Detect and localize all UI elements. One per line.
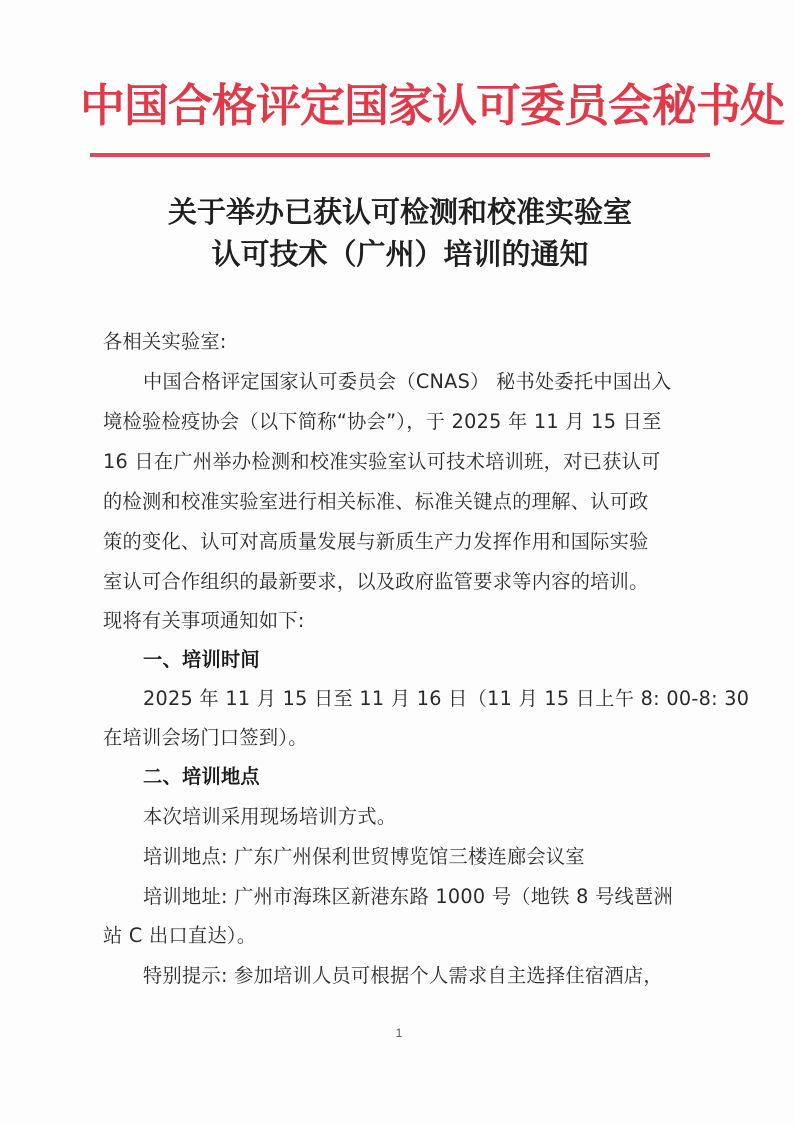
intro-line: 中国合格评定国家认可委员会（CNAS） 秘书处委托中国出入 <box>143 369 743 395</box>
document-page: 中国合格评定国家认可委员会秘书处 关于举办已获认可检测和校准实验室 认可技术（广… <box>0 0 795 1123</box>
intro-line: 策的变化、认可对高质量发展与新质生产力发挥作用和国际实验 <box>103 529 703 555</box>
section-line: 培训地址: 广州市海珠区新港东路 1000 号（地铁 8 号线琶洲 <box>143 884 743 910</box>
section-line: 2025 年 11 月 15 日至 11 月 16 日（11 月 15 日上午 … <box>143 686 743 712</box>
section-line: 特别提示: 参加培训人员可根据个人需求自主选择住宿酒店， <box>143 963 743 989</box>
section-line: 站 C 出口直达）。 <box>103 923 703 949</box>
section-heading-location: 二、培训地点 <box>143 764 743 790</box>
intro-line: 境检验检疫协会（以下简称“协会”），于 2025 年 11 月 15 日至 <box>103 409 703 435</box>
section-heading-time: 一、培训时间 <box>143 647 743 673</box>
salutation: 各相关实验室: <box>103 329 703 355</box>
intro-line: 现将有关事项通知如下: <box>103 608 703 634</box>
section-line: 培训地点: 广东广州保利世贸博览馆三楼连廊会议室 <box>143 844 743 870</box>
intro-line: 室认可合作组织的最新要求，以及政府监管要求等内容的培训。 <box>103 569 703 595</box>
document-title-line-1: 关于举办已获认可检测和校准实验室 <box>80 192 720 232</box>
intro-line: 的检测和校准实验室进行相关标准、标准关键点的理解、认可政 <box>103 489 703 515</box>
document-title-line-2: 认可技术（广州）培训的通知 <box>80 234 720 274</box>
section-line: 本次培训采用现场培训方式。 <box>143 804 743 830</box>
issuer-masthead: 中国合格评定国家认可委员会秘书处 <box>80 78 720 134</box>
page-number: 1 <box>392 1026 406 1040</box>
section-line: 在培训会场门口签到）。 <box>103 725 703 751</box>
intro-line: 16 日在广州举办检测和校准实验室认可技术培训班，对已获认可 <box>103 449 703 475</box>
red-divider-line <box>90 153 710 157</box>
